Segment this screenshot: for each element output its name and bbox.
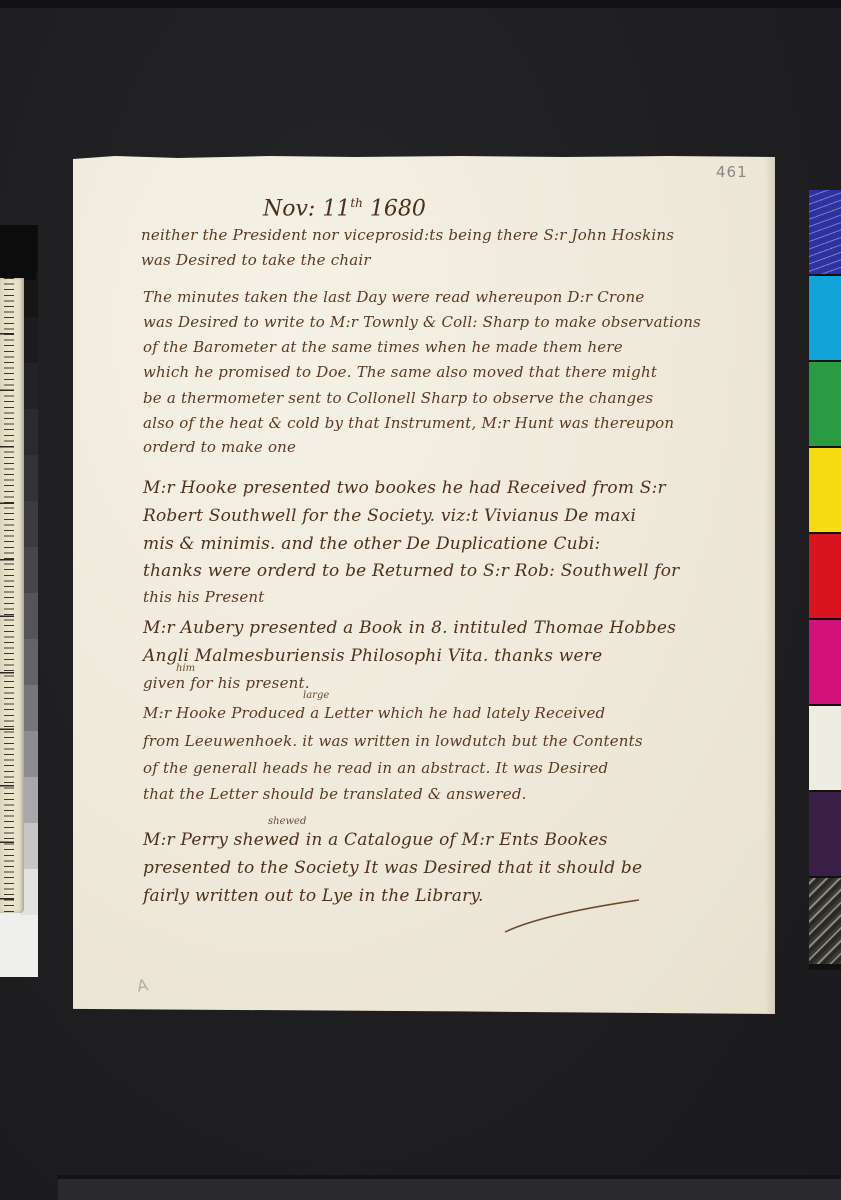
text-line: thanks were orderd to be Returned to S:r… (143, 561, 679, 581)
text-line: also of the heat & cold by that Instrume… (143, 414, 674, 432)
color-swatch-cyan (809, 276, 841, 362)
color-swatch-white (809, 706, 841, 792)
interlinear-insertion: large (303, 690, 329, 701)
text-line: M:r Hooke Produced a Letter which he had… (143, 704, 605, 722)
ruler-number: 10 (0, 683, 1, 703)
paper-edge-stain (765, 156, 775, 1014)
color-swatch-magenta (809, 620, 841, 706)
manuscript-page: 461 Nov: 11th 1680 neither the President… (73, 156, 775, 1014)
text-line: which he promised to Doe. The same also … (143, 363, 657, 381)
color-swatch-yellow (809, 448, 841, 534)
ruler-number: 12 (0, 795, 1, 815)
text-line: this his Present (143, 588, 264, 606)
text-line: that the Letter should be translated & a… (143, 785, 527, 803)
text-line: The minutes taken the last Day were read… (143, 288, 644, 306)
ruler-major-ticks (0, 278, 14, 913)
color-swatch-red (809, 534, 841, 620)
measurement-ruler: 8 9 10 11 12 13 14 15 (0, 278, 24, 913)
ruler-number: 9 (0, 629, 1, 649)
text-line: given for his present. (143, 674, 310, 692)
ruler-number: 13 (0, 850, 1, 870)
date-day: Nov: 11 (263, 196, 350, 221)
lower-mount-board (58, 1175, 841, 1200)
text-line: was Desired to write to M:r Townly & Col… (143, 313, 701, 331)
color-swatch-blue (809, 190, 841, 276)
text-line: was Desired to take the chair (141, 251, 371, 269)
closing-flourish (503, 896, 643, 936)
text-line: presented to the Society It was Desired … (143, 858, 642, 878)
text-line: orderd to make one (143, 438, 296, 456)
text-line: M:r Hooke presented two bookes he had Re… (143, 478, 666, 498)
interlinear-insertion: him (176, 663, 195, 674)
interlinear-insertion: shewed (268, 816, 306, 827)
text-line: M:r Perry shewed in a Catalogue of M:r E… (143, 830, 608, 850)
text-line: mis & minimis. and the other De Duplicat… (143, 534, 600, 554)
color-swatch-photo-reference (809, 878, 841, 966)
text-line: fairly written out to Lye in the Library… (143, 886, 484, 906)
top-edge-shadow (0, 0, 841, 8)
color-calibration-chart (809, 190, 841, 970)
pencil-mark: A (135, 975, 149, 996)
text-line: from Leeuwenhoek. it was written in lowd… (143, 732, 643, 750)
ruler-holder (0, 225, 36, 280)
date-year: 1680 (370, 196, 426, 221)
ruler-number: 11 (0, 739, 1, 759)
date-heading: Nov: 11th 1680 (263, 196, 426, 221)
text-line: of the generall heads he read in an abst… (143, 759, 608, 777)
text-line: be a thermometer sent to Collonell Sharp… (143, 389, 653, 407)
text-line: of the Barometer at the same times when … (143, 338, 623, 356)
text-line: neither the President nor viceprosid:ts … (141, 226, 674, 244)
color-swatch-purple (809, 792, 841, 878)
date-ordinal: th (350, 196, 363, 210)
ruler-number: 8 (0, 573, 1, 593)
text-line: Angli Malmesburiensis Philosophi Vita. t… (143, 646, 602, 666)
text-line: Robert Southwell for the Society. viz:t … (143, 506, 636, 526)
folio-number: 461 (716, 163, 748, 181)
ruler-number: 14 (0, 905, 1, 913)
color-swatch-green (809, 362, 841, 448)
text-line: M:r Aubery presented a Book in 8. intitu… (143, 618, 676, 638)
